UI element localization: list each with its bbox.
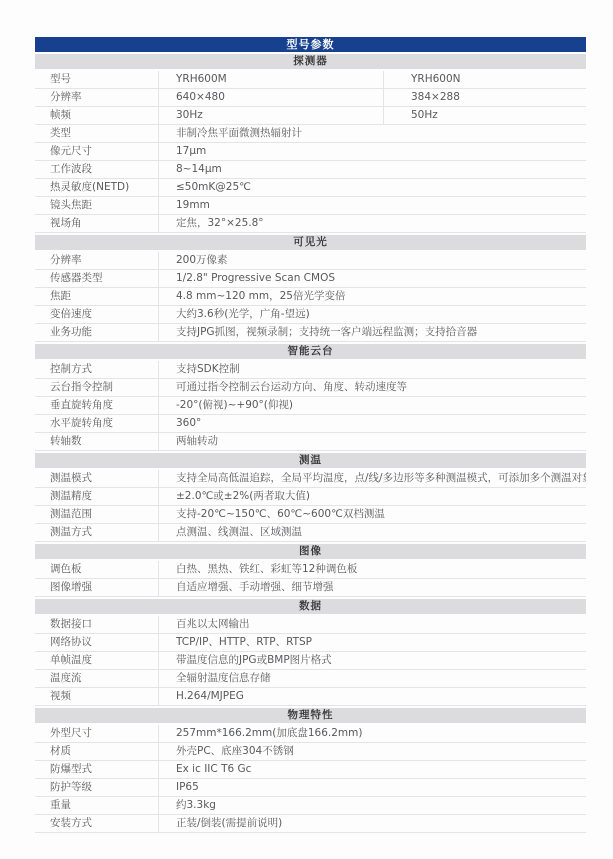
row-value: 8~14μm — [158, 161, 586, 178]
row-value: 大约3.6秒(光学，广角-望远) — [158, 306, 586, 323]
row-label: 热灵敏度(NETD) — [35, 179, 158, 196]
table-row: 视频H.264/MJPEG — [35, 688, 586, 706]
row-value: ±2.0℃或±2%(两者取大值) — [158, 488, 586, 505]
row-value: 200万像素 — [158, 252, 586, 269]
row-label: 测温范围 — [35, 506, 158, 523]
row-label: 分辨率 — [35, 252, 158, 269]
table-row: 分辨率640×480384×288 — [35, 89, 586, 107]
table-row: 测温方式点测温、线测温、区域测温 — [35, 524, 586, 542]
row-value: 支持JPG抓图，视频录制；支持统一客户端远程监测；支持拾音器 — [158, 324, 586, 341]
row-value: 17μm — [158, 143, 586, 160]
row-value: 支持全局高低温追踪，全局平均温度，点/线/多边形等多种测温模式，可添加多个测温对… — [158, 470, 586, 487]
row-value: 非制冷焦平面微测热辐射计 — [158, 125, 586, 142]
table-row: 像元尺寸17μm — [35, 143, 586, 161]
row-value: IP65 — [158, 779, 586, 796]
section-header: 可见光 — [35, 235, 586, 250]
spec-table-body: 探测器型号YRH600MYRH600N分辨率640×480384×288帧频30… — [35, 54, 586, 833]
row-label: 类型 — [35, 125, 158, 142]
row-label: 单帧温度 — [35, 652, 158, 669]
row-label: 调色板 — [35, 561, 158, 578]
row-label: 重量 — [35, 797, 158, 814]
table-row: 帧频30Hz50Hz — [35, 107, 586, 125]
row-value: 正装/倒装(需提前说明) — [158, 815, 586, 832]
row-value: 百兆以太网输出 — [158, 616, 586, 633]
row-label: 帧频 — [35, 107, 158, 124]
row-value: -20°(俯视)~+90°(仰视) — [158, 397, 586, 414]
row-label: 变倍速度 — [35, 306, 158, 323]
row-value: 19mm — [158, 197, 586, 214]
table-row: 调色板白热、黑热、铁红、彩虹等12种调色板 — [35, 561, 586, 579]
row-label: 镜头焦距 — [35, 197, 158, 214]
table-row: 视场角定焦，32°×25.8° — [35, 215, 586, 233]
row-label: 工作波段 — [35, 161, 158, 178]
table-row: 垂直旋转角度-20°(俯视)~+90°(仰视) — [35, 397, 586, 415]
row-value-model-m: YRH600M — [158, 71, 383, 88]
row-value: 257mm*166.2mm(加底盘166.2mm) — [158, 725, 586, 742]
section-header: 物理特性 — [35, 708, 586, 723]
table-row: 控制方式支持SDK控制 — [35, 361, 586, 379]
row-label: 测温模式 — [35, 470, 158, 487]
table-row: 测温精度±2.0℃或±2%(两者取大值) — [35, 488, 586, 506]
row-label: 安装方式 — [35, 815, 158, 832]
row-label: 焦距 — [35, 288, 158, 305]
table-row: 材质外壳PC、底座304不锈钢 — [35, 743, 586, 761]
row-value-model-n: 50Hz — [383, 107, 586, 124]
row-label: 分辨率 — [35, 89, 158, 106]
table-row: 温度流全辐射温度信息存储 — [35, 670, 586, 688]
table-row: 型号YRH600MYRH600N — [35, 71, 586, 89]
table-row: 焦距4.8 mm~120 mm，25倍光学变倍 — [35, 288, 586, 306]
row-label: 防爆型式 — [35, 761, 158, 778]
row-value: 支持-20℃~150℃、60℃~600℃双档测温 — [158, 506, 586, 523]
row-value: 约3.3kg — [158, 797, 586, 814]
spec-table: 型号参数 探测器型号YRH600MYRH600N分辨率640×480384×28… — [35, 37, 586, 833]
table-row: 单帧温度带温度信息的JPG或BMP图片格式 — [35, 652, 586, 670]
table-row: 防护等级IP65 — [35, 779, 586, 797]
table-row: 网络协议TCP/IP、HTTP、RTP、RTSP — [35, 634, 586, 652]
row-value: 全辐射温度信息存储 — [158, 670, 586, 687]
row-value-model-n: YRH600N — [383, 71, 586, 88]
row-label: 温度流 — [35, 670, 158, 687]
table-row: 测温模式支持全局高低温追踪，全局平均温度，点/线/多边形等多种测温模式，可添加多… — [35, 470, 586, 488]
table-row: 传感器类型1/2.8" Progressive Scan CMOS — [35, 270, 586, 288]
table-row: 转轴数两轴转动 — [35, 433, 586, 451]
row-value: 定焦，32°×25.8° — [158, 215, 586, 232]
table-row: 镜头焦距19mm — [35, 197, 586, 215]
table-row: 云台指令控制可通过指令控制云台运动方向、角度、转动速度等 — [35, 379, 586, 397]
table-row: 防爆型式Ex ic IIC T6 Gc — [35, 761, 586, 779]
table-row: 工作波段8~14μm — [35, 161, 586, 179]
row-value: 4.8 mm~120 mm，25倍光学变倍 — [158, 288, 586, 305]
row-label: 材质 — [35, 743, 158, 760]
row-label: 测温方式 — [35, 524, 158, 541]
table-row: 类型非制冷焦平面微测热辐射计 — [35, 125, 586, 143]
row-label: 型号 — [35, 71, 158, 88]
section-header: 测温 — [35, 453, 586, 468]
row-label: 网络协议 — [35, 634, 158, 651]
section-header: 图像 — [35, 544, 586, 559]
row-label: 外型尺寸 — [35, 725, 158, 742]
row-label: 像元尺寸 — [35, 143, 158, 160]
row-label: 防护等级 — [35, 779, 158, 796]
row-label: 视频 — [35, 688, 158, 705]
row-label: 图像增强 — [35, 579, 158, 596]
row-value: 点测温、线测温、区域测温 — [158, 524, 586, 541]
row-value: 白热、黑热、铁红、彩虹等12种调色板 — [158, 561, 586, 578]
table-row: 测温范围支持-20℃~150℃、60℃~600℃双档测温 — [35, 506, 586, 524]
table-row: 外型尺寸257mm*166.2mm(加底盘166.2mm) — [35, 725, 586, 743]
table-row: 热灵敏度(NETD)≤50mK@25℃ — [35, 179, 586, 197]
row-value: 1/2.8" Progressive Scan CMOS — [158, 270, 586, 287]
table-row: 数据接口百兆以太网输出 — [35, 616, 586, 634]
row-label: 数据接口 — [35, 616, 158, 633]
row-value: 可通过指令控制云台运动方向、角度、转动速度等 — [158, 379, 586, 396]
row-label: 垂直旋转角度 — [35, 397, 158, 414]
table-row: 业务功能支持JPG抓图，视频录制；支持统一客户端远程监测；支持拾音器 — [35, 324, 586, 342]
table-row: 安装方式正装/倒装(需提前说明) — [35, 815, 586, 833]
table-row: 图像增强自适应增强、手动增强、细节增强 — [35, 579, 586, 597]
table-row: 重量约3.3kg — [35, 797, 586, 815]
row-label: 控制方式 — [35, 361, 158, 378]
row-label: 业务功能 — [35, 324, 158, 341]
row-value-model-m: 30Hz — [158, 107, 383, 124]
row-value: TCP/IP、HTTP、RTP、RTSP — [158, 634, 586, 651]
row-value: ≤50mK@25℃ — [158, 179, 586, 196]
row-label: 传感器类型 — [35, 270, 158, 287]
row-value: 带温度信息的JPG或BMP图片格式 — [158, 652, 586, 669]
table-row: 分辨率200万像素 — [35, 252, 586, 270]
row-label: 转轴数 — [35, 433, 158, 450]
row-value: H.264/MJPEG — [158, 688, 586, 705]
row-label: 云台指令控制 — [35, 379, 158, 396]
row-value-model-n: 384×288 — [383, 89, 586, 106]
row-label: 视场角 — [35, 215, 158, 232]
row-value: 支持SDK控制 — [158, 361, 586, 378]
row-value: 自适应增强、手动增强、细节增强 — [158, 579, 586, 596]
section-header: 智能云台 — [35, 344, 586, 359]
row-label: 测温精度 — [35, 488, 158, 505]
row-label: 水平旋转角度 — [35, 415, 158, 432]
section-header: 探测器 — [35, 54, 586, 69]
table-row: 变倍速度大约3.6秒(光学，广角-望远) — [35, 306, 586, 324]
section-header: 数据 — [35, 599, 586, 614]
table-row: 水平旋转角度360° — [35, 415, 586, 433]
row-value: Ex ic IIC T6 Gc — [158, 761, 586, 778]
row-value: 两轴转动 — [158, 433, 586, 450]
row-value-model-m: 640×480 — [158, 89, 383, 106]
row-value: 外壳PC、底座304不锈钢 — [158, 743, 586, 760]
row-value: 360° — [158, 415, 586, 432]
table-title: 型号参数 — [35, 37, 586, 52]
